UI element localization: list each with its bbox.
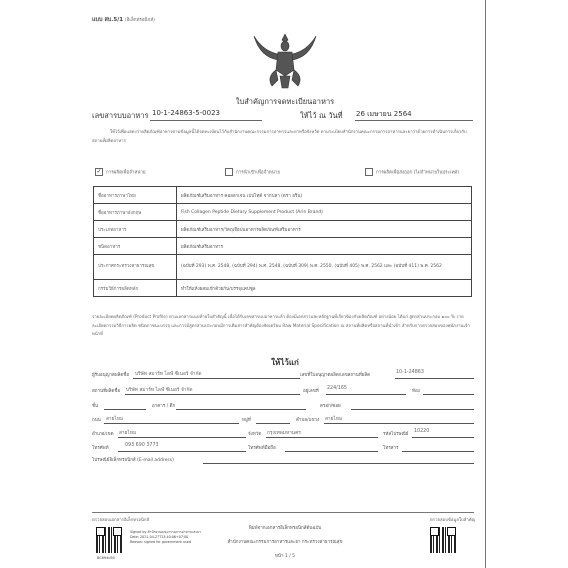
registration-label: เลขสารบบอาหาร [92,110,149,122]
underline [150,120,262,121]
table-row: ชนิดอาหารผลิตภัณฑ์เสริมอาหาร [94,238,472,255]
issued-date-label: ให้ไว้ ณ วันที่ [300,110,343,122]
registration-number: 10-1-24863-5-0023 [152,109,220,117]
footer-divider [92,512,474,513]
checkbox-checked-icon: ✓ [95,168,103,176]
footer-right-caption: ตรวจสอบข้อมูลใบสำคัญ [430,516,475,523]
footer-print-note: พิมพ์จากเอกสารอิเล็กทรอนิกส์ต้นฉบับ [0,524,568,531]
page-border [485,0,486,568]
footer-agency: สำนักงานคณะกรรมการอาหารและยา กระทรวงสาธา… [0,538,568,545]
issued-to-title: ให้ไว้แก่ [0,356,568,369]
food-info-table: ชื่ออาหารภาษาไทยผลิตภัณฑ์เสริมอาหาร คอลล… [93,186,472,297]
table-row: ประเภทอาหารผลิตภัณฑ์เสริมอาหาร/วัตถุเจือ… [94,221,472,238]
table-row: กรรมวิธีการผลิตหลักทำให้แห้งผสมเข้าด้วยก… [94,280,472,297]
product-profile-paragraph: รายละเอียดผลิตภัณฑ์ (Product Profile) ตา… [92,314,474,340]
form-code: แบบ สบ.5/1 (อิเล็กทรอนิกส์) [92,16,155,24]
underline [355,120,473,121]
purpose-option-import: การนำเข้าเพื่อจำหน่าย [225,168,280,176]
checkbox-empty-icon [365,168,373,176]
intro-paragraph: ให้ไว้เพื่อแสดงว่าผลิตภัณฑ์อาหารตามข้อมู… [92,128,472,146]
document-title: ใบสำคัญการจดทะเบียนอาหาร [0,96,568,108]
page-indicator: หน้า 1 / 5 [0,552,568,559]
issued-date: 26 เมษายน 2564 [356,109,412,120]
table-row: ประกาศกระทรวงสาธารณสุข(ฉบับที่ 293) พ.ศ.… [94,255,472,280]
purpose-option-export: การผลิตเพื่อส่งออก (ไม่จำหน่ายในประเทศ) [365,168,459,176]
purpose-option-manufacture: ✓การผลิตเพื่อจำหน่าย [95,168,146,176]
qr-code-certificate-icon[interactable] [430,527,456,553]
footer-left-caption: ตรวจสอบเอกสารอิเล็กทรอนิกส์ [92,516,149,523]
checkbox-empty-icon [225,168,233,176]
garuda-emblem-icon [248,30,322,92]
table-row: ชื่ออาหารภาษาไทยผลิตภัณฑ์เสริมอาหาร คอลล… [94,187,472,204]
table-row: ชื่ออาหารภาษาอังกฤษFish Collagen Peptide… [94,204,472,221]
